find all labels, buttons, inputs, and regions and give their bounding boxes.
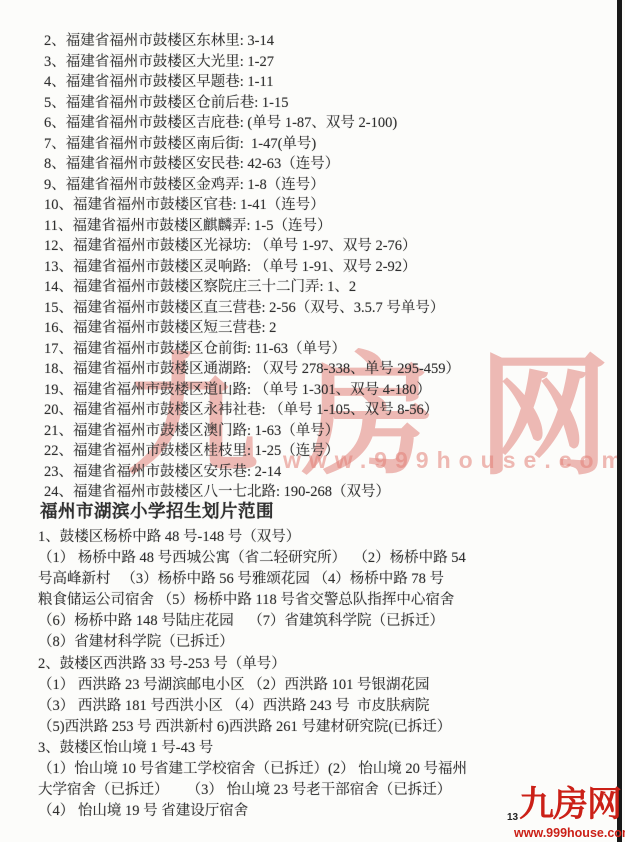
page-number: 13 [507, 812, 518, 823]
text-line: （8）省建材科学院（已拆迁） [38, 632, 467, 653]
text-line: 4、福建省福州市鼓楼区早题巷: 1-11 [44, 72, 460, 93]
text-line: 12、福建省福州市鼓楼区光禄坊: （单号 1-97、双号 2-76） [44, 236, 460, 257]
text-line: 2、鼓楼区西洪路 33 号-253 号（单号） [38, 654, 467, 675]
text-line: （6）杨桥中路 148 号陆庄花园 （7）省建筑科学院（已拆迁） [38, 611, 467, 632]
text-line: 17、福建省福州市鼓楼区仓前街: 11-63（单号） [44, 339, 460, 360]
text-line: （4） 怡山境 19 号 省建设厅宿舍 [38, 801, 467, 822]
text-line: 20、福建省福州市鼓楼区永袆社巷: （单号 1-105、双号 8-56） [44, 400, 460, 421]
document-content: 2、福建省福州市鼓楼区东林里: 3-143、福建省福州市鼓楼区大光里: 1-27… [0, 0, 625, 842]
text-line: 2、福建省福州市鼓楼区东林里: 3-14 [44, 31, 460, 52]
text-line: 6、福建省福州市鼓楼区吉庇巷: (单号 1-87、双号 2-100) [44, 113, 460, 134]
text-line: 18、福建省福州市鼓楼区通湖路: （双号 278-338、单号 295-459） [44, 359, 460, 380]
text-line: 19、福建省福州市鼓楼区道山路: （单号 1-301、双号 4-180） [44, 380, 460, 401]
text-line: 3、福建省福州市鼓楼区大光里: 1-27 [44, 52, 460, 73]
text-line: 13、福建省福州市鼓楼区灵响路: （单号 1-91、双号 2-92） [44, 257, 460, 278]
text-line: 8、福建省福州市鼓楼区安民巷: 42-63（连号） [44, 154, 460, 175]
text-line: （1） 杨桥中路 48 号西城公寓（省二轻研究所） （2）杨桥中路 54 [38, 548, 467, 569]
text-line: （3） 西洪路 181 号西洪小区 （4）西洪路 243 号 市皮肤病院 [38, 696, 467, 717]
text-line: 15、福建省福州市鼓楼区直三营巷: 2-56（双号、3.5.7 号单号） [44, 298, 460, 319]
site-logo-url: www.999house.com [514, 826, 625, 840]
text-line: 21、福建省福州市鼓楼区澳门路: 1-63（单号） [44, 421, 460, 442]
district-address-list: 2、福建省福州市鼓楼区东林里: 3-143、福建省福州市鼓楼区大光里: 1-27… [44, 31, 460, 503]
site-logo: 九房网 [519, 786, 621, 824]
text-line: 11、福建省福州市鼓楼区麒麟弄: 1-5（连号） [44, 216, 460, 237]
document-page: 九房网 www.999house.com 2、福建省福州市鼓楼区东林里: 3-1… [0, 0, 625, 842]
text-line: 9、福建省福州市鼓楼区金鸡弄: 1-8（连号） [44, 175, 460, 196]
text-line: 号高峰新村 （3）杨桥中路 56 号雅颂花园 （4）杨桥中路 78 号 [38, 569, 467, 590]
hubin-school-list: 1、鼓楼区杨桥中路 48 号-148 号（双号）（1） 杨桥中路 48 号西城公… [38, 527, 467, 822]
text-line: 大学宿舍（已拆迁） （3） 怡山境 23 号老干部宿舍（已拆迁） [38, 780, 467, 801]
text-line: 7、福建省福州市鼓楼区南后街: 1-47(单号) [44, 134, 460, 155]
section-heading: 福州市湖滨小学招生划片范围 [40, 498, 274, 524]
text-line: 22、福建省福州市鼓楼区桂枝里: 1-25（连号） [44, 441, 460, 462]
scan-edge-strip [617, 0, 622, 842]
text-line: 14、福建省福州市鼓楼区察院庄三十二门弄: 1、2 [44, 277, 460, 298]
text-line: 粮食储运公司宿舍 （5）杨桥中路 118 号省交警总队指挥中心宿舍 [38, 590, 467, 611]
text-line: 5、福建省福州市鼓楼区仓前后巷: 1-15 [44, 93, 460, 114]
text-line: 3、鼓楼区怡山境 1 号-43 号 [38, 738, 467, 759]
text-line: 23、福建省福州市鼓楼区安乐巷: 2-14 [44, 462, 460, 483]
text-line: 16、福建省福州市鼓楼区短三营巷: 2 [44, 318, 460, 339]
text-line: （5)西洪路 253 号 西洪新村 6)西洪路 261 号建材研究院(已拆迁） [38, 717, 467, 738]
text-line: （1）怡山境 10 号省建工学校宿舍（已拆迁）(2） 怡山境 20 号福州 [38, 759, 467, 780]
text-line: 1、鼓楼区杨桥中路 48 号-148 号（双号） [38, 527, 467, 548]
text-line: （1） 西洪路 23 号湖滨邮电小区 （2）西洪路 101 号银湖花园 [38, 675, 467, 696]
text-line: 10、福建省福州市鼓楼区官巷: 1-41（连号） [44, 195, 460, 216]
